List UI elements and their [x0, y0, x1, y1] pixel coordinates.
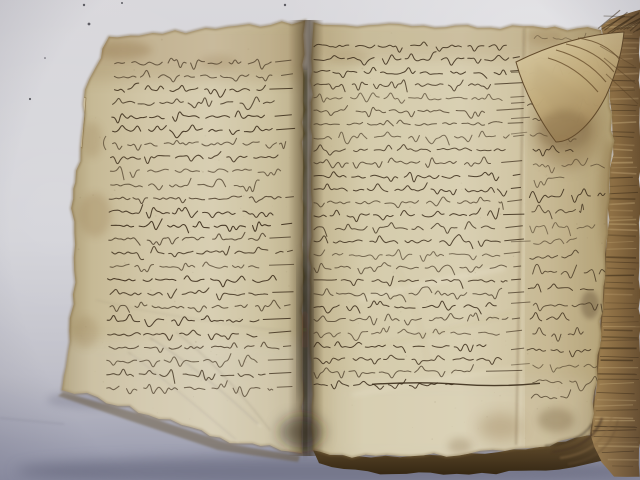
manuscript-photo-canvas: [0, 0, 640, 480]
photo-vignette: [0, 0, 640, 480]
vignette-overlay: [0, 0, 640, 480]
manuscript-photo: [0, 0, 640, 480]
